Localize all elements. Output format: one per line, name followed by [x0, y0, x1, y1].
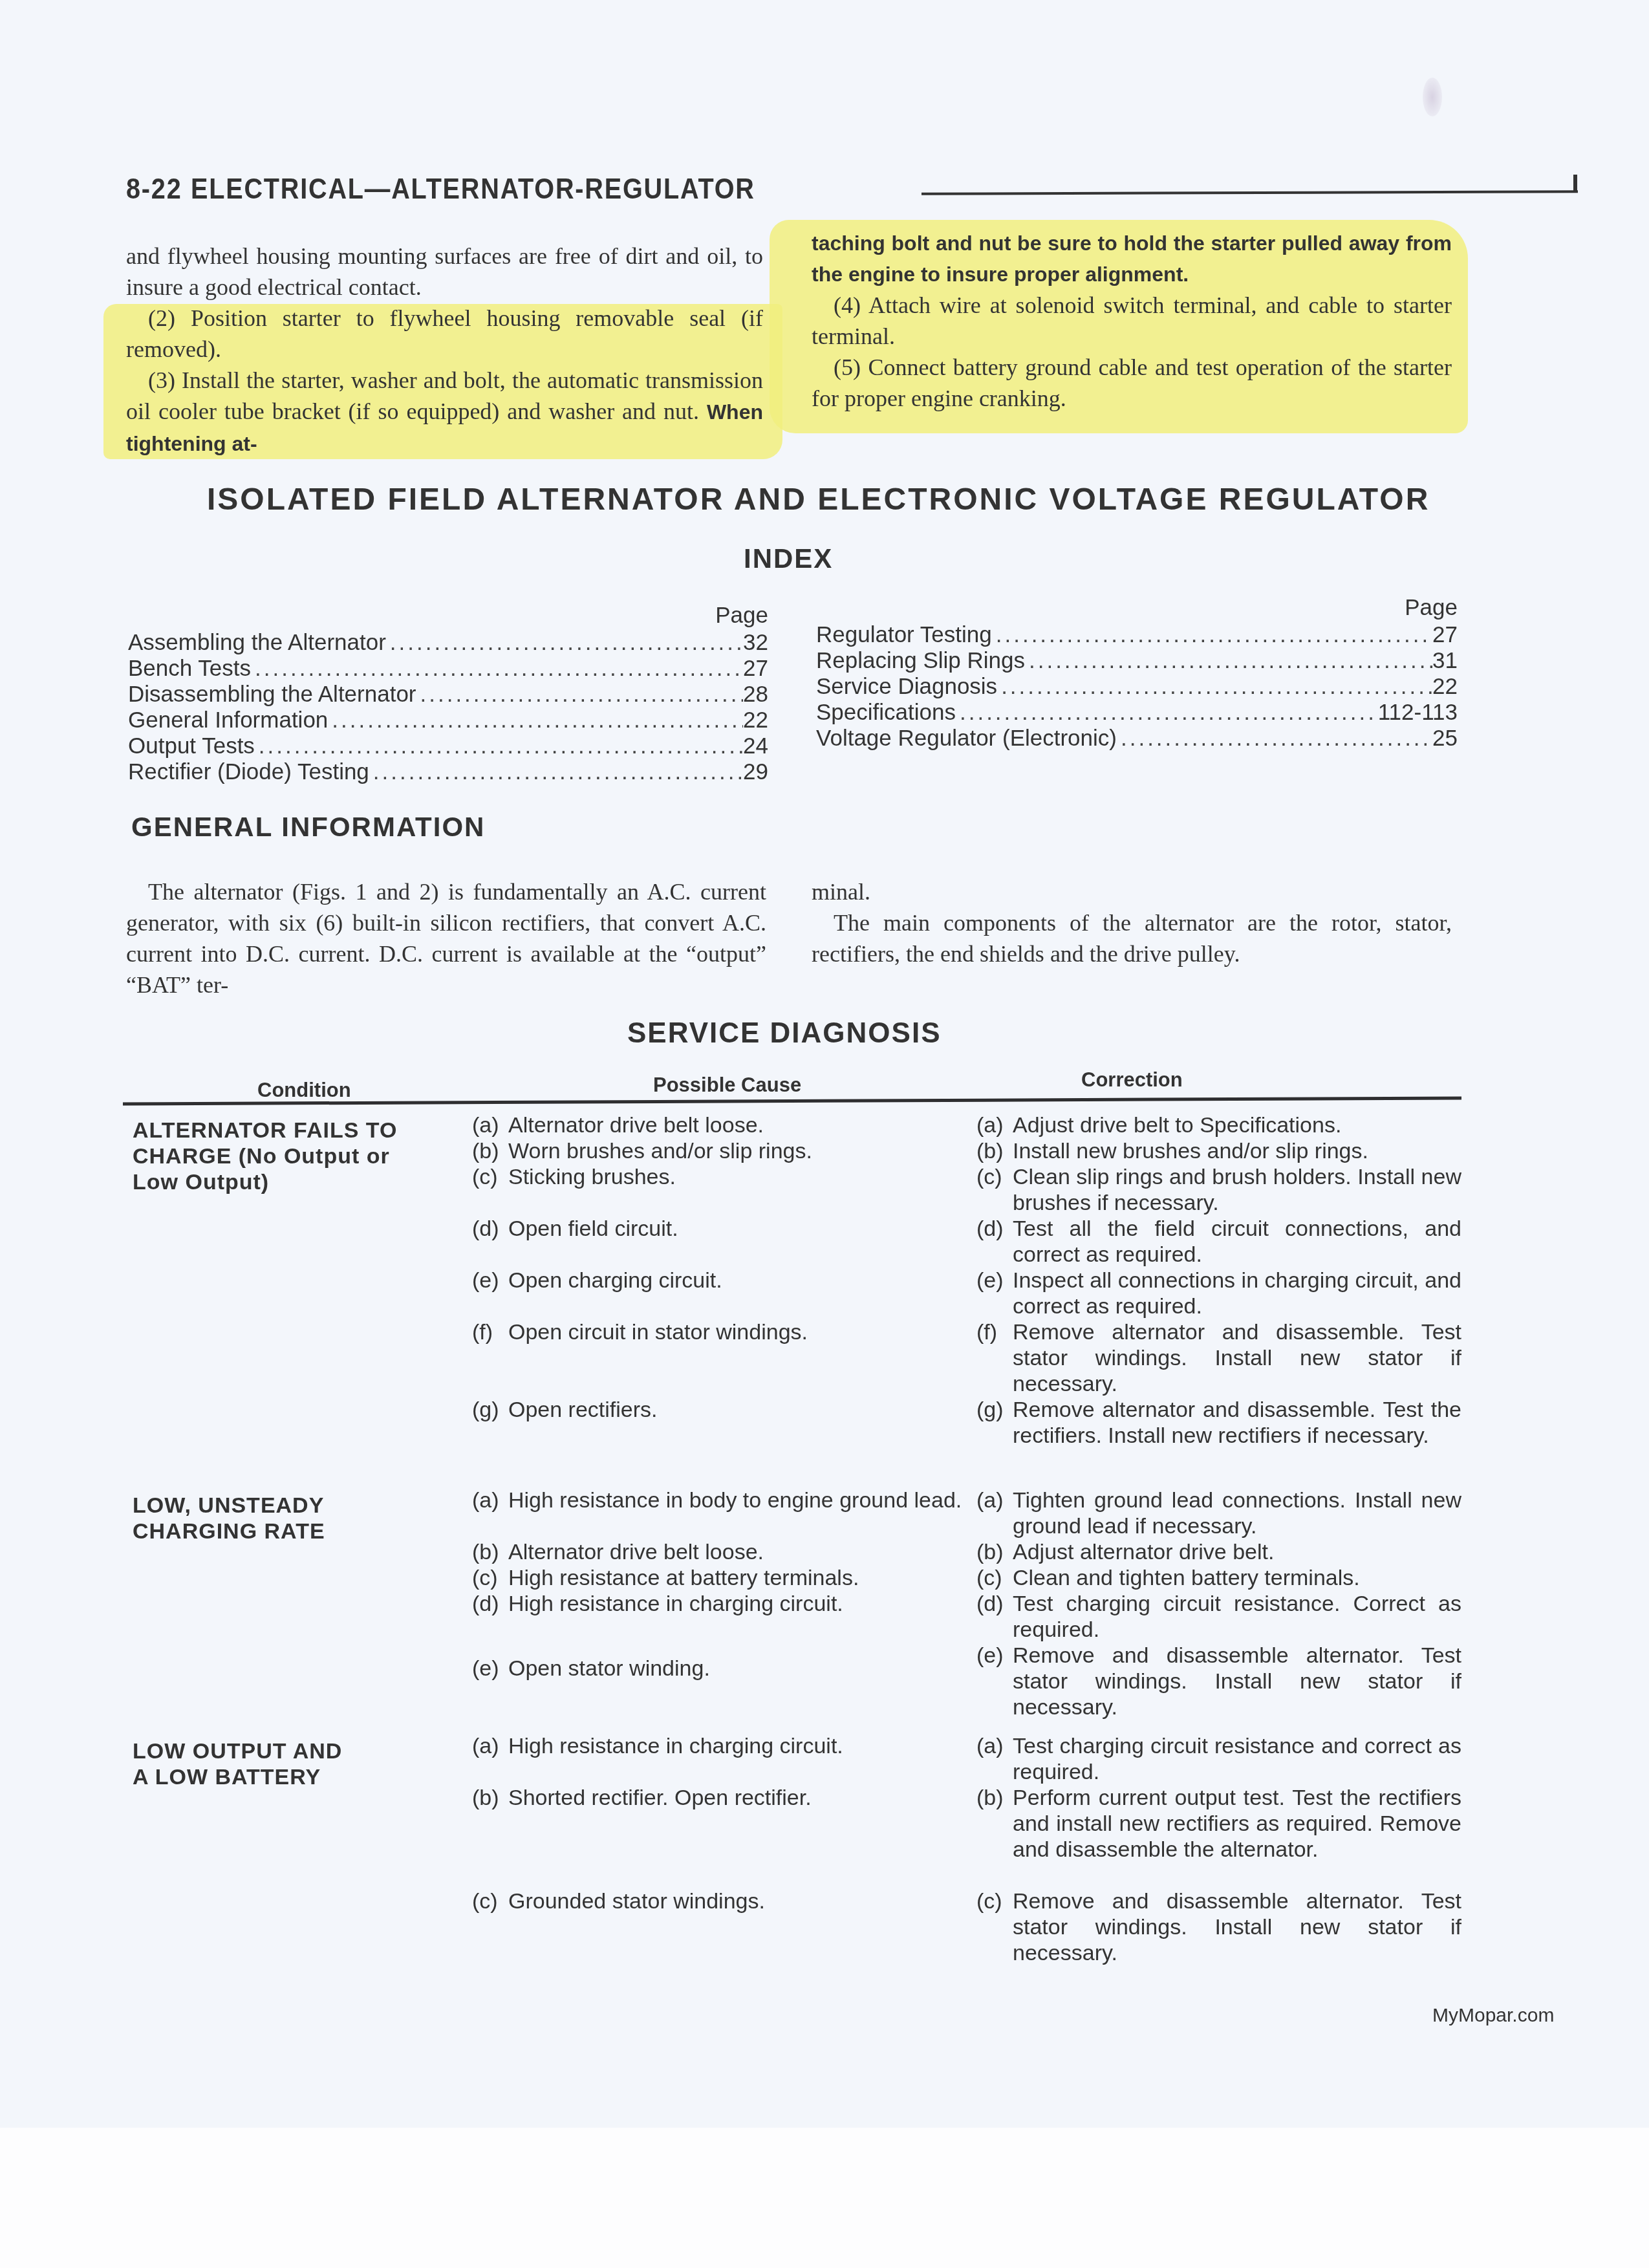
correction-item: (e)Remove and disassemble alternator. Te… [976, 1643, 1461, 1720]
index-entry[interactable]: Service Diagnosis22 [816, 674, 1458, 700]
index-entry-label: General Information [128, 707, 328, 733]
intro-left-column: and flywheel housing mounting surfaces a… [126, 241, 763, 459]
index-entry-label: Voltage Regulator (Electronic) [816, 726, 1117, 751]
index-entry[interactable]: Output Tests24 [128, 733, 768, 759]
possible-cause-item: (e)Open stator winding. [472, 1656, 964, 1681]
index-entry-label: Disassembling the Alternator [128, 682, 416, 707]
correction-item: (a)Tighten ground lead connections. Inst… [976, 1487, 1461, 1539]
leader-dots [369, 759, 743, 785]
general-info-paragraph-1-end: minal. [812, 876, 1452, 907]
scan-bottom-margin [0, 2128, 1649, 2268]
leader-dots [416, 682, 744, 707]
correction-item: (f)Remove alternator and disassemble. Te… [976, 1319, 1461, 1397]
index-entry-page: 32 [743, 630, 768, 656]
possible-cause-item: (a)High resistance in charging circuit. [472, 1733, 964, 1759]
column-header-possible-cause: Possible Cause [653, 1074, 801, 1097]
condition-cell: LOW OUTPUT AND A LOW BATTERY [133, 1738, 342, 1790]
general-info-paragraph-1: The alternator (Figs. 1 and 2) is fundam… [126, 876, 766, 1000]
correction-item: (g)Remove alternator and disassemble. Te… [976, 1397, 1461, 1449]
leader-dots [251, 656, 743, 682]
header-rule [921, 190, 1578, 195]
index-entry-page: 112-113 [1378, 700, 1458, 726]
step-2: (2) Position starter to flywheel housing… [126, 303, 763, 365]
general-info-right: minal. The main components of the altern… [812, 876, 1452, 969]
index-entry-page: 27 [1432, 622, 1458, 648]
intro-paragraph: and flywheel housing mounting surfaces a… [126, 241, 763, 303]
correction-item: (b)Install new brushes and/or slip rings… [976, 1138, 1461, 1164]
step-4: (4) Attach wire at solenoid switch termi… [812, 290, 1452, 352]
index-entry-label: Bench Tests [128, 656, 251, 682]
page-header: 8-22 ELECTRICAL—ALTERNATOR-REGULATOR [126, 173, 1452, 212]
index-entry-label: Regulator Testing [816, 622, 992, 648]
watermark: MyMopar.com [1432, 2005, 1554, 2027]
condition-cell: LOW, UNSTEADY CHARGING RATE [133, 1493, 325, 1544]
intro-right-column: taching bolt and nut be sure to hold the… [812, 228, 1452, 414]
leader-dots [328, 707, 743, 733]
index-entry[interactable]: Specifications112-113 [816, 700, 1458, 726]
leader-dots [997, 674, 1432, 700]
correction-item: (b)Perform current output test. Test the… [976, 1785, 1461, 1863]
scan-smudge [1423, 78, 1442, 116]
index-entry-label: Assembling the Alternator [128, 630, 386, 656]
general-information-heading: GENERAL INFORMATION [131, 812, 485, 843]
correction-item: (d)Test all the field circuit connection… [976, 1216, 1461, 1268]
index-entry-page: 25 [1432, 726, 1458, 751]
correction-item: (c)Remove and disassemble alternator. Te… [976, 1888, 1461, 1966]
index-entry[interactable]: Assembling the Alternator32 [128, 630, 768, 656]
correction-item: (c)Clean slip rings and brush holders. I… [976, 1164, 1461, 1216]
possible-cause-item: (c)Sticking brushes. [472, 1164, 964, 1190]
possible-cause-item: (d)High resistance in charging circuit. [472, 1591, 964, 1617]
index-page-label: Page [128, 601, 768, 630]
possible-cause-item: (c)High resistance at battery terminals. [472, 1565, 964, 1591]
correction-item: (a)Adjust drive belt to Specifications. [976, 1112, 1461, 1138]
column-header-correction: Correction [1081, 1068, 1183, 1092]
step-3-continued: taching bolt and nut be sure to hold the… [812, 228, 1452, 290]
possible-cause-item: (g)Open rectifiers. [472, 1397, 964, 1423]
index-entry-label: Specifications [816, 700, 956, 726]
possible-cause-item: (a)High resistance in body to engine gro… [472, 1487, 964, 1513]
main-title: ISOLATED FIELD ALTERNATOR AND ELECTRONIC… [207, 482, 1436, 517]
step-3: (3) Install the starter, washer and bolt… [126, 365, 763, 459]
possible-cause-item: (b)Alternator drive belt loose. [472, 1539, 964, 1565]
page-number: 8-22 [126, 173, 182, 206]
index-entry-label: Service Diagnosis [816, 674, 997, 700]
correction-item: (c)Clean and tighten battery terminals. [976, 1565, 1461, 1591]
leader-dots [992, 622, 1432, 648]
header-rule-end-mark [1573, 175, 1577, 193]
condition-cell: ALTERNATOR FAILS TO CHARGE (No Output or… [133, 1118, 397, 1195]
index-entry[interactable]: Disassembling the Alternator28 [128, 682, 768, 707]
index-entry-page: 24 [743, 733, 768, 759]
leader-dots [956, 700, 1378, 726]
index-left-column: Page Assembling the Alternator32Bench Te… [128, 601, 768, 785]
index-entry-page: 28 [743, 682, 768, 707]
index-entry[interactable]: Regulator Testing27 [816, 622, 1458, 648]
index-entry-page: 29 [743, 759, 768, 785]
correction-item: (b)Adjust alternator drive belt. [976, 1539, 1461, 1565]
correction-item: (d)Test charging circuit resistance. Cor… [976, 1591, 1461, 1643]
service-diagnosis-heading: SERVICE DIAGNOSIS [627, 1017, 942, 1050]
step-5: (5) Connect battery ground cable and tes… [812, 352, 1452, 414]
possible-cause-item: (a)Alternator drive belt loose. [472, 1112, 964, 1138]
possible-cause-item: (f)Open circuit in stator windings. [472, 1319, 964, 1345]
correction-item: (a)Test charging circuit resistance and … [976, 1733, 1461, 1785]
index-entry-label: Rectifier (Diode) Testing [128, 759, 369, 785]
index-entry-page: 27 [743, 656, 768, 682]
correction-item: (e)Inspect all connections in charging c… [976, 1268, 1461, 1319]
possible-cause-item: (b)Worn brushes and/or slip rings. [472, 1138, 964, 1164]
general-info-paragraph-2: The main components of the alternator ar… [812, 907, 1452, 969]
possible-cause-item: (e)Open charging circuit. [472, 1268, 964, 1293]
index-entry[interactable]: Bench Tests27 [128, 656, 768, 682]
index-page-label: Page [816, 594, 1458, 622]
possible-cause-item: (b)Shorted rectifier. Open rectifier. [472, 1785, 964, 1811]
leader-dots [1117, 726, 1432, 751]
index-entry[interactable]: Replacing Slip Rings31 [816, 648, 1458, 674]
index-entry[interactable]: Rectifier (Diode) Testing29 [128, 759, 768, 785]
leader-dots [255, 733, 743, 759]
index-entry-page: 31 [1432, 648, 1458, 674]
leader-dots [386, 630, 743, 656]
possible-cause-item: (d)Open field circuit. [472, 1216, 964, 1242]
index-title: INDEX [744, 543, 833, 574]
column-header-condition: Condition [257, 1079, 351, 1102]
index-entry-page: 22 [743, 707, 768, 733]
possible-cause-item: (c)Grounded stator windings. [472, 1888, 964, 1914]
section-title: ELECTRICAL—ALTERNATOR-REGULATOR [191, 173, 755, 206]
index-entry-label: Replacing Slip Rings [816, 648, 1025, 674]
index-entry-page: 22 [1432, 674, 1458, 700]
index-entry[interactable]: General Information22 [128, 707, 768, 733]
index-entry[interactable]: Voltage Regulator (Electronic)25 [816, 726, 1458, 751]
index-entry-label: Output Tests [128, 733, 255, 759]
general-info-left: The alternator (Figs. 1 and 2) is fundam… [126, 876, 766, 1000]
index-right-column: Page Regulator Testing27Replacing Slip R… [816, 594, 1458, 751]
leader-dots [1025, 648, 1432, 674]
